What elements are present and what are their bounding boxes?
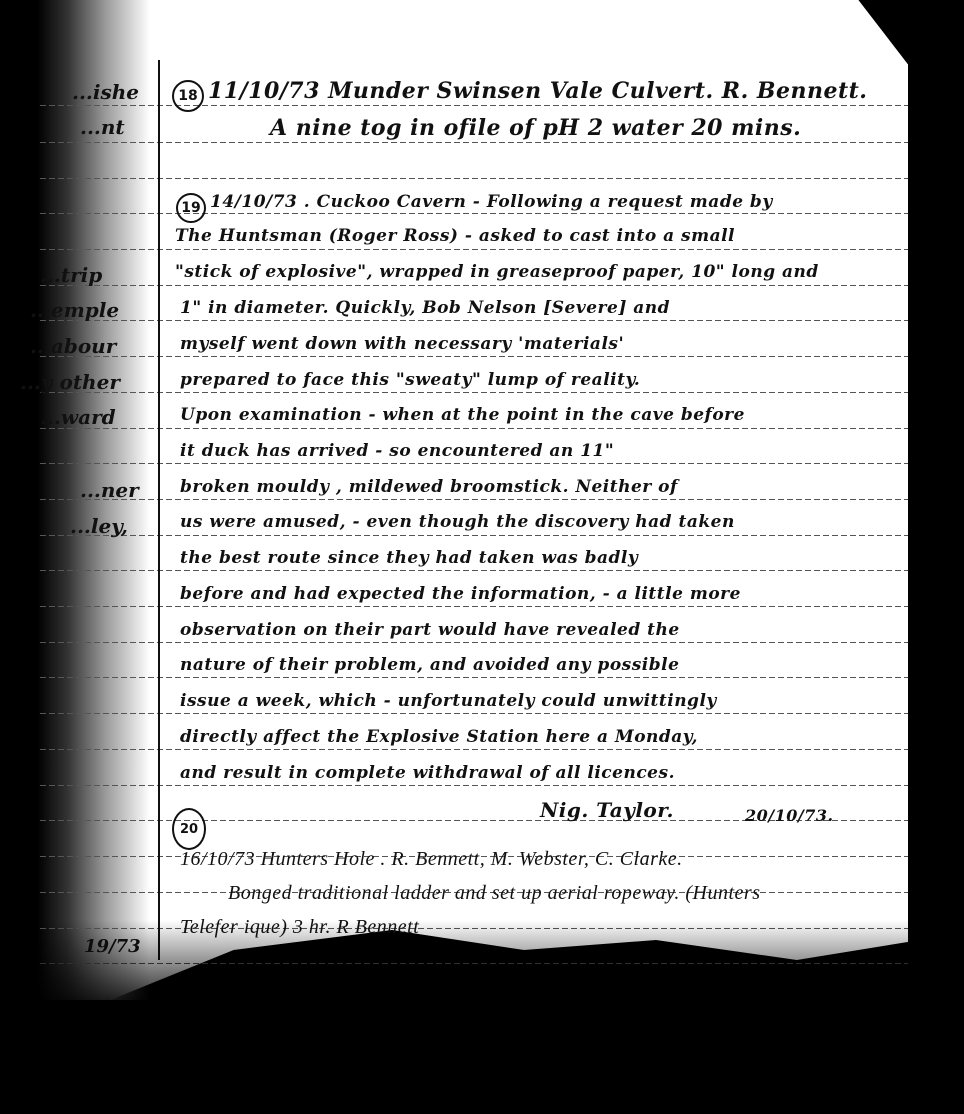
ruled-line <box>40 213 908 214</box>
entry-line: 16/10/73 Hunters Hole . R. Bennett, M. W… <box>180 848 683 871</box>
ruled-line <box>40 677 908 678</box>
entry-line: issue a week, which - unfortunately coul… <box>180 691 717 711</box>
margin-note: ...ward <box>40 405 116 429</box>
entry-line: it duck has arrived - so encountered an … <box>180 441 614 461</box>
entry-line: and result in complete withdrawal of all… <box>180 763 675 783</box>
entry-number-badge: 19 <box>176 193 206 223</box>
entry-line: "stick of explosive", wrapped in greasep… <box>175 262 819 282</box>
entry-line: 1" in diameter. Quickly, Bob Nelson [Sev… <box>180 298 670 318</box>
entry-line: us were amused, - even though the discov… <box>180 512 735 532</box>
entry-number-badge: 20 <box>172 808 206 850</box>
margin-note: ...emple <box>30 298 119 322</box>
entry-line: prepared to face this "sweaty" lump of r… <box>180 370 640 390</box>
entry-line: 11/10/73 Munder Swinsen Vale Culvert. R.… <box>208 78 867 104</box>
ruled-line <box>40 356 908 357</box>
ruled-line <box>40 428 908 429</box>
ruled-line <box>40 713 908 714</box>
ruled-line <box>40 249 908 250</box>
margin-note: ...ishe <box>72 80 139 104</box>
margin-note: ...nt <box>80 115 125 139</box>
ruled-line <box>40 785 908 786</box>
bottom-scan-shadow <box>0 920 964 1114</box>
signature: Nig. Taylor. <box>540 798 674 822</box>
ruled-line <box>40 606 908 607</box>
margin-note: ...abour <box>30 334 116 358</box>
ruled-line <box>40 642 908 643</box>
margin-note: ...y other <box>20 370 120 394</box>
entry-line: myself went down with necessary 'materia… <box>180 334 624 354</box>
entry-line: before and had expected the information,… <box>180 584 741 604</box>
entry-line: Upon examination - when at the point in … <box>180 405 745 425</box>
entry-line: 14/10/73 . Cuckoo Cavern - Following a r… <box>210 192 773 212</box>
ruled-line <box>40 463 908 464</box>
entry-line: observation on their part would have rev… <box>180 620 680 640</box>
margin-note: ...ley, <box>70 514 128 538</box>
ruled-line <box>40 570 908 571</box>
ruled-line <box>40 178 908 179</box>
entry-line: broken mouldy , mildewed broomstick. Nei… <box>180 477 678 497</box>
ruled-line <box>40 142 908 143</box>
entry-line: directly affect the Explosive Station he… <box>180 727 698 747</box>
margin-note: ...ner <box>80 478 139 502</box>
entry-line: A nine tog in ofile of pH 2 water 20 min… <box>270 115 801 141</box>
ruled-line <box>40 535 908 536</box>
entry-line: Bonged traditional ladder and set up aer… <box>228 882 761 905</box>
entry-line: The Huntsman (Roger Ross) - asked to cas… <box>175 226 735 246</box>
signature-date: 20/10/73. <box>745 806 834 825</box>
ruled-line <box>40 392 908 393</box>
ruled-line <box>40 320 908 321</box>
entry-number-badge: 18 <box>172 80 204 112</box>
scanned-page: ...ishe ...nt ...trip ...emple ...abour … <box>0 0 964 1114</box>
margin-note: ...trip <box>40 263 102 287</box>
ruled-line <box>40 105 908 106</box>
entry-line: nature of their problem, and avoided any… <box>180 655 679 675</box>
entry-line: the best route since they had taken was … <box>180 548 638 568</box>
ruled-line <box>40 749 908 750</box>
ruled-line <box>40 499 908 500</box>
ruled-line <box>40 285 908 286</box>
margin-line <box>158 60 160 960</box>
